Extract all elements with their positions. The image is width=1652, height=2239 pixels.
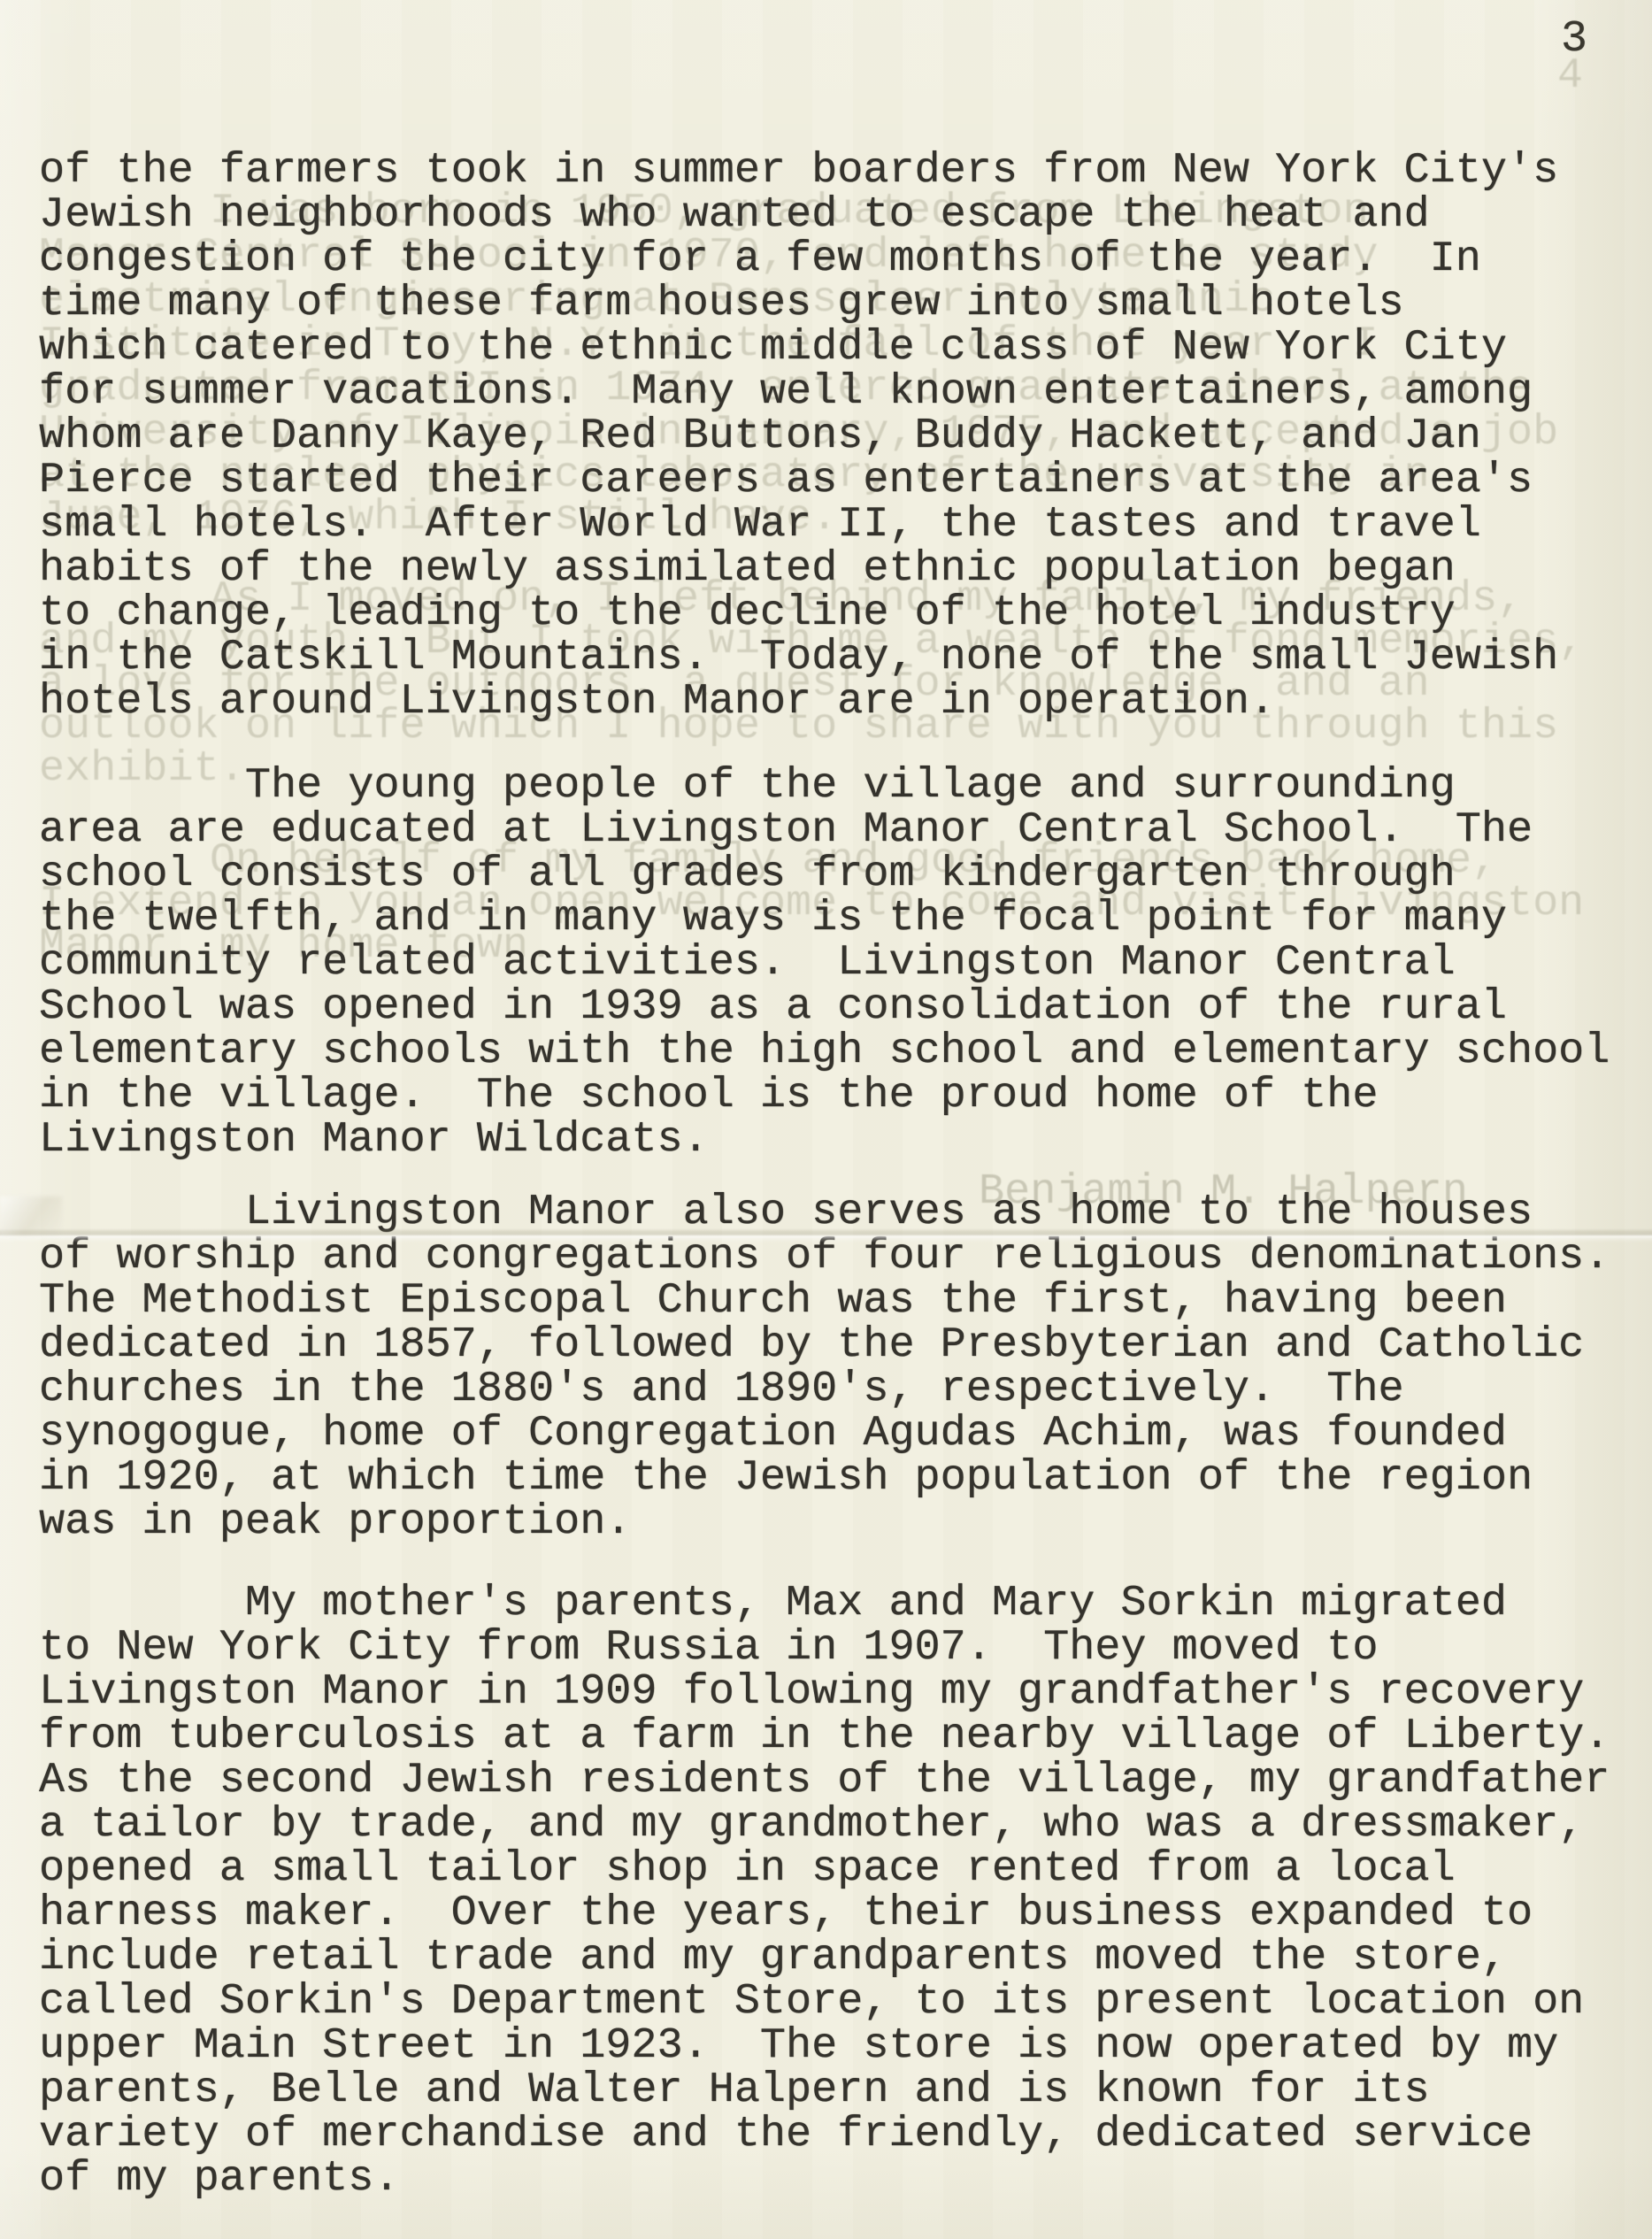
fold-crease-edge-tear (0, 1196, 62, 1235)
fold-crease (0, 1228, 1652, 1243)
paragraph-family: My mother's parents, Max and Mary Sorkin… (39, 1581, 1610, 2201)
page-number: 3 (1561, 18, 1587, 62)
paragraph-churches: Livingston Manor also serves as home to … (39, 1190, 1610, 1544)
paragraph-hotels: of the farmers took in summer boarders f… (39, 149, 1558, 724)
paragraph-school: The young people of the village and surr… (39, 764, 1610, 1162)
document-page: I was born in 1950, graduated from Livin… (0, 0, 1652, 2239)
